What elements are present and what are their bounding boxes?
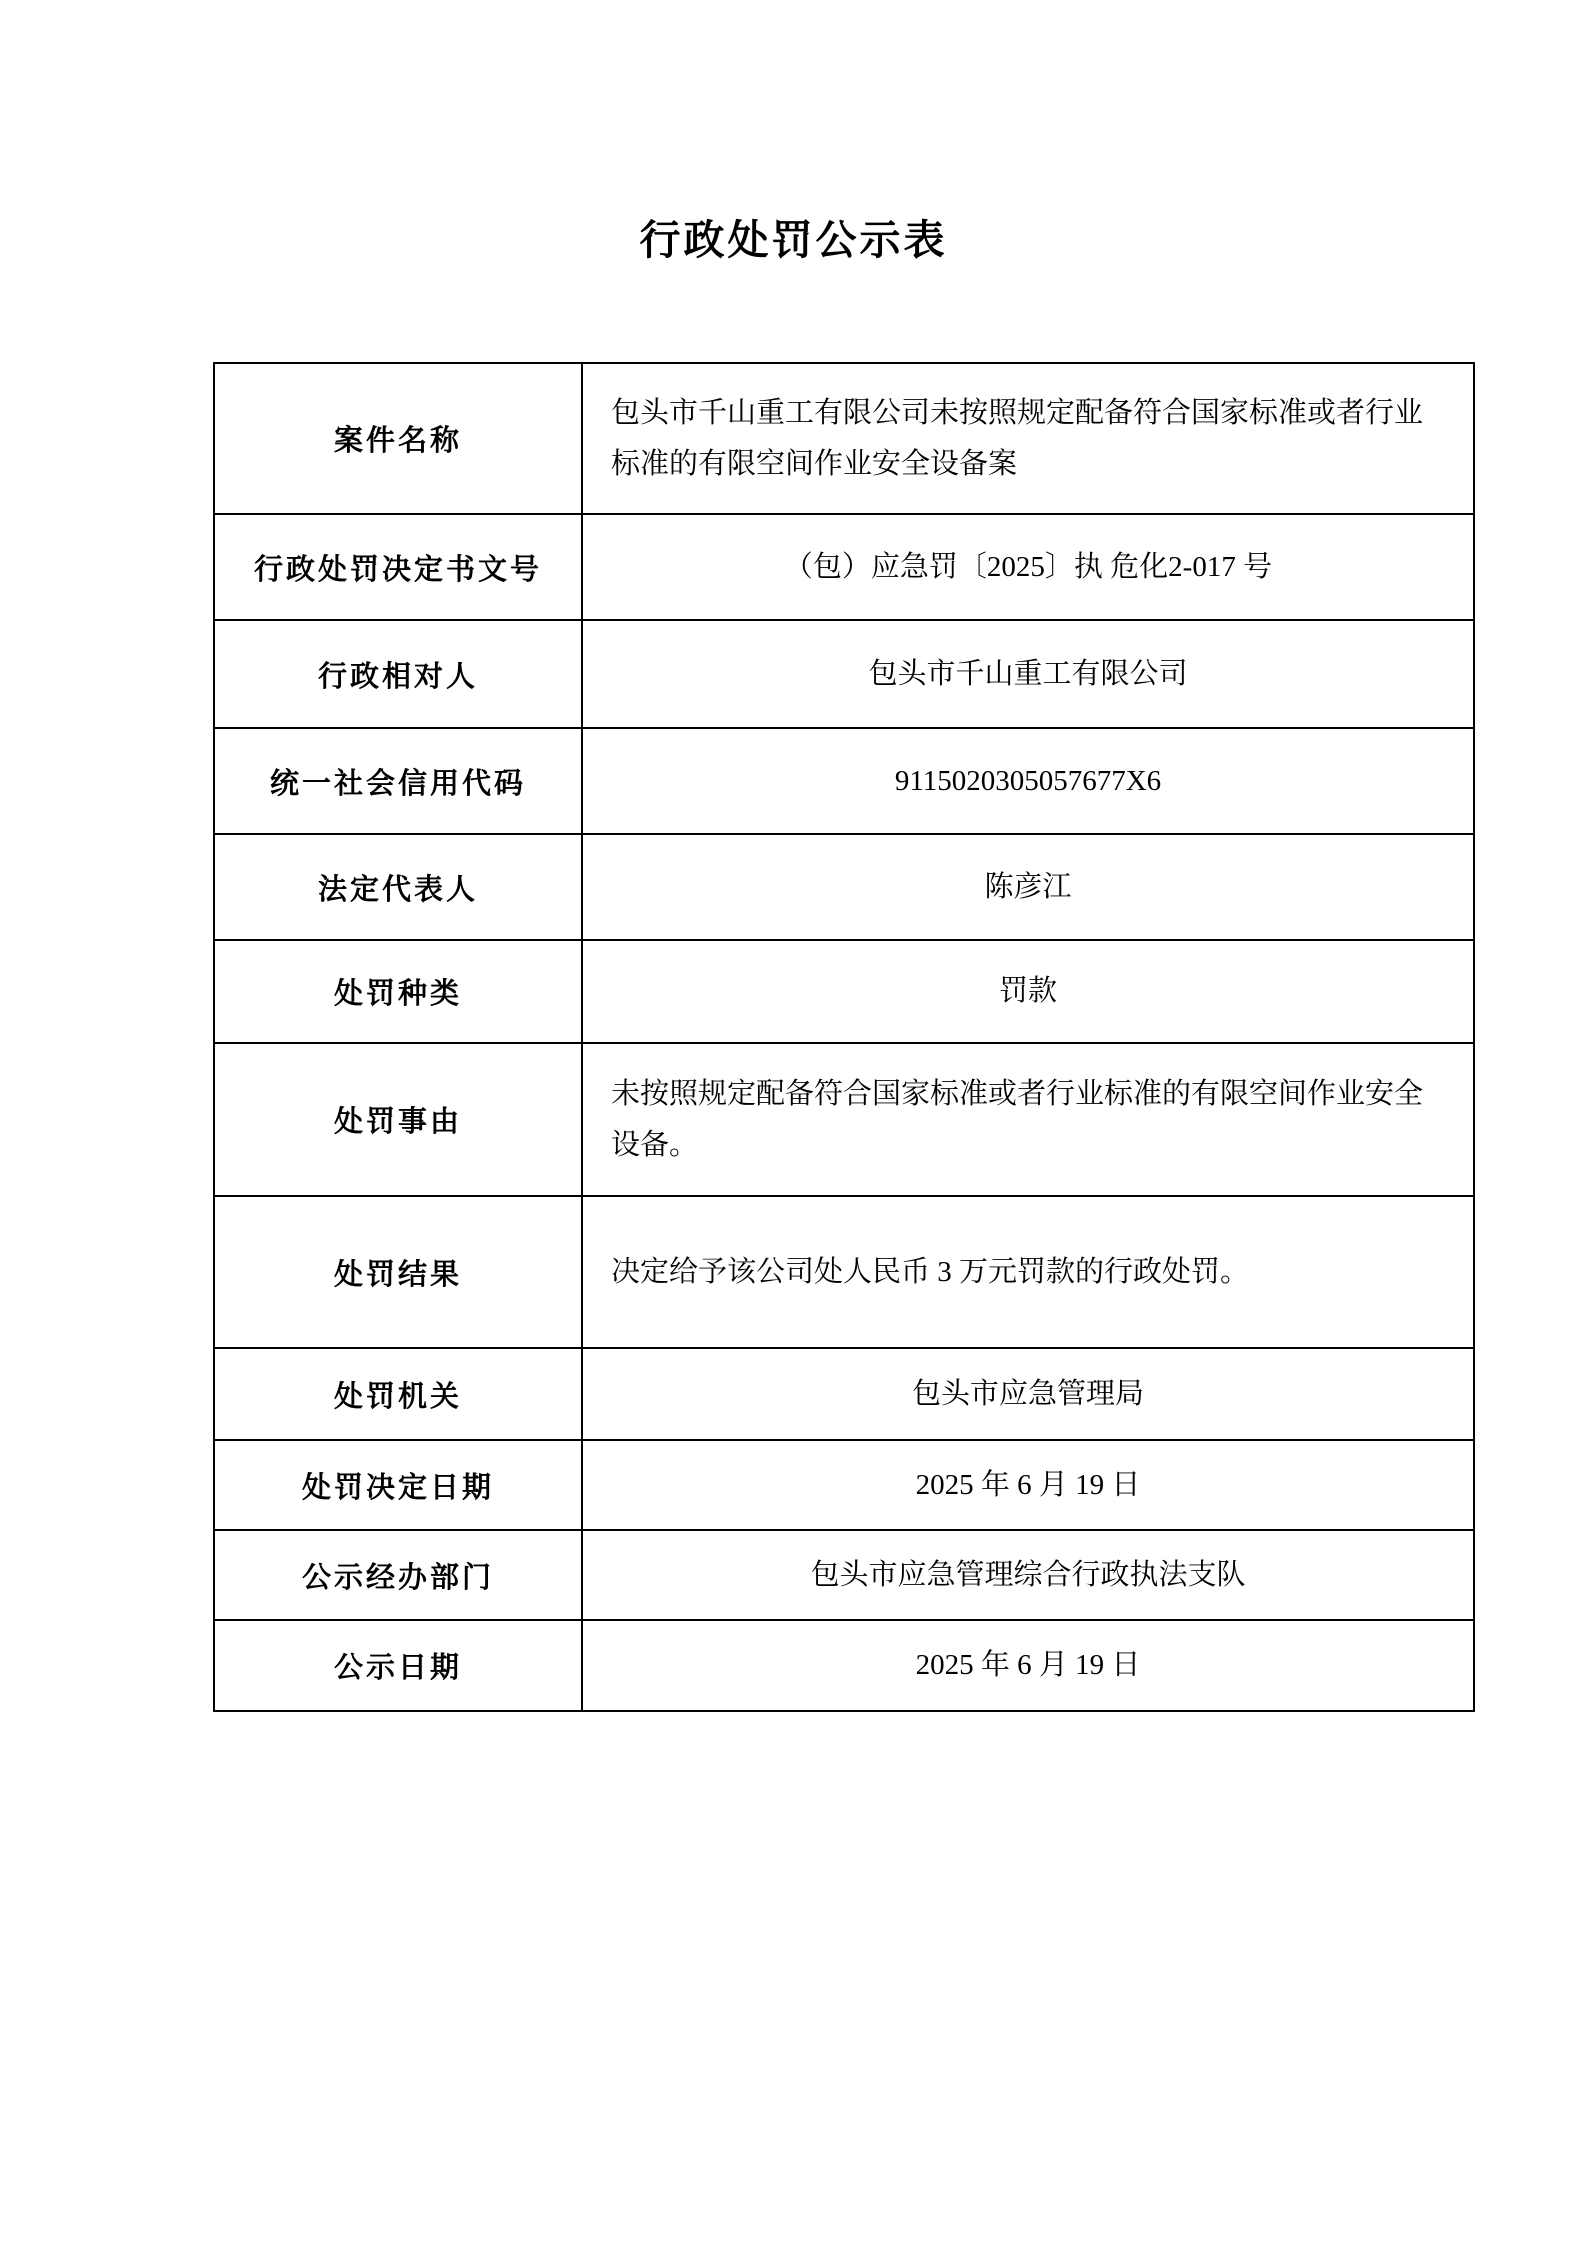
row-label-legal-representative: 法定代表人 <box>214 834 582 940</box>
table-row: 行政相对人 包头市千山重工有限公司 <box>214 620 1474 728</box>
row-label-decision-doc-number: 行政处罚决定书文号 <box>214 514 582 620</box>
table-row: 法定代表人 陈彦江 <box>214 834 1474 940</box>
table-row: 处罚结果 决定给予该公司处人民币 3 万元罚款的行政处罚。 <box>214 1196 1474 1348</box>
row-value-case-name: 包头市千山重工有限公司未按照规定配备符合国家标准或者行业标准的有限空间作业安全设… <box>582 363 1474 514</box>
row-value-decision-doc-number: （包）应急罚〔2025〕执 危化2-017 号 <box>582 514 1474 620</box>
row-value-disclosure-department: 包头市应急管理综合行政执法支队 <box>582 1530 1474 1620</box>
row-value-disclosure-date: 2025 年 6 月 19 日 <box>582 1620 1474 1711</box>
table-row: 统一社会信用代码 9115020305057677X6 <box>214 728 1474 834</box>
row-label-penalty-type: 处罚种类 <box>214 940 582 1043</box>
table-row: 行政处罚决定书文号 （包）应急罚〔2025〕执 危化2-017 号 <box>214 514 1474 620</box>
table-row: 处罚机关 包头市应急管理局 <box>214 1348 1474 1440</box>
table-row: 处罚种类 罚款 <box>214 940 1474 1043</box>
table-row: 公示日期 2025 年 6 月 19 日 <box>214 1620 1474 1711</box>
row-label-counterpart: 行政相对人 <box>214 620 582 728</box>
table-row: 公示经办部门 包头市应急管理综合行政执法支队 <box>214 1530 1474 1620</box>
page-title: 行政处罚公示表 <box>0 207 1587 266</box>
row-value-penalty-type: 罚款 <box>582 940 1474 1043</box>
table-row: 处罚决定日期 2025 年 6 月 19 日 <box>214 1440 1474 1530</box>
row-value-credit-code: 9115020305057677X6 <box>582 728 1474 834</box>
row-label-case-name: 案件名称 <box>214 363 582 514</box>
table-row: 处罚事由 未按照规定配备符合国家标准或者行业标准的有限空间作业安全设备。 <box>214 1043 1474 1196</box>
row-label-penalty-authority: 处罚机关 <box>214 1348 582 1440</box>
row-label-disclosure-department: 公示经办部门 <box>214 1530 582 1620</box>
row-value-legal-representative: 陈彦江 <box>582 834 1474 940</box>
row-value-penalty-reason: 未按照规定配备符合国家标准或者行业标准的有限空间作业安全设备。 <box>582 1043 1474 1196</box>
row-label-decision-date: 处罚决定日期 <box>214 1440 582 1530</box>
row-value-counterpart: 包头市千山重工有限公司 <box>582 620 1474 728</box>
row-label-penalty-reason: 处罚事由 <box>214 1043 582 1196</box>
row-value-penalty-authority: 包头市应急管理局 <box>582 1348 1474 1440</box>
row-label-credit-code: 统一社会信用代码 <box>214 728 582 834</box>
penalty-disclosure-table: 案件名称 包头市千山重工有限公司未按照规定配备符合国家标准或者行业标准的有限空间… <box>213 362 1475 1712</box>
row-label-penalty-result: 处罚结果 <box>214 1196 582 1348</box>
row-value-decision-date: 2025 年 6 月 19 日 <box>582 1440 1474 1530</box>
table-row: 案件名称 包头市千山重工有限公司未按照规定配备符合国家标准或者行业标准的有限空间… <box>214 363 1474 514</box>
row-label-disclosure-date: 公示日期 <box>214 1620 582 1711</box>
row-value-penalty-result: 决定给予该公司处人民币 3 万元罚款的行政处罚。 <box>582 1196 1474 1348</box>
